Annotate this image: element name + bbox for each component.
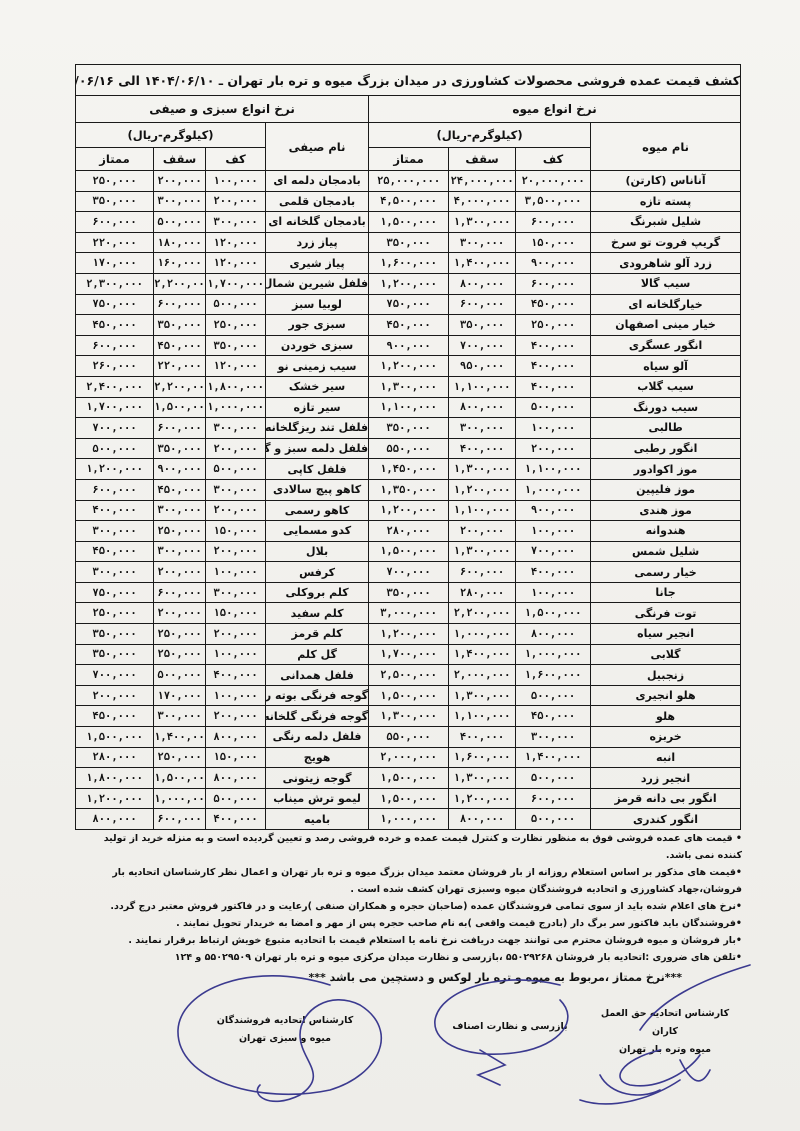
fruit-price-max: ۱,۳۰۰,۰۰۰ (449, 685, 516, 706)
fruit-price-premium: ۲۵,۰۰۰,۰۰۰ (369, 171, 449, 192)
veg-price-premium: ۴۵۰,۰۰۰ (76, 541, 154, 562)
table-row: زرد آلو شاهرودی۹۰۰,۰۰۰۱,۴۰۰,۰۰۰۱,۶۰۰,۰۰۰… (76, 253, 741, 274)
fruit-price-min: ۳۰۰,۰۰۰ (516, 727, 591, 748)
fruit-price-premium: ۷۵۰,۰۰۰ (369, 294, 449, 315)
veg-price-premium: ۱,۷۰۰,۰۰۰ (76, 397, 154, 418)
veg-price-max: ۴۵۰,۰۰۰ (154, 479, 206, 500)
fruit-price-max: ۸۰۰,۰۰۰ (449, 809, 516, 830)
veg-price-min: ۲۰۰,۰۰۰ (206, 191, 266, 212)
fruit-price-max: ۱,۴۰۰,۰۰۰ (449, 253, 516, 274)
veg-price-premium: ۱,۸۰۰,۰۰۰ (76, 768, 154, 789)
veg-name: گوجه زیتونی (266, 768, 369, 789)
veg-price-max: ۳۵۰,۰۰۰ (154, 315, 206, 336)
fruit-price-max: ۱,۳۰۰,۰۰۰ (449, 541, 516, 562)
veg-price-max: ۲,۲۰۰,۰۰۰ (154, 376, 206, 397)
veg-price-max: ۲۵۰,۰۰۰ (154, 747, 206, 768)
veg-price-min: ۲۰۰,۰۰۰ (206, 438, 266, 459)
veg-name: کاهو رسمی (266, 500, 369, 521)
table-row: گریپ فروت تو سرخ۱۵۰,۰۰۰۳۰۰,۰۰۰۳۵۰,۰۰۰پیا… (76, 232, 741, 253)
fruit-price-min: ۴۰۰,۰۰۰ (516, 562, 591, 583)
veg-price-min: ۲۰۰,۰۰۰ (206, 706, 266, 727)
veg-name: فلفل دلمه رنگی (266, 727, 369, 748)
fruit-price-max: ۲۸۰,۰۰۰ (449, 582, 516, 603)
table-row: انبه۱,۴۰۰,۰۰۰۱,۶۰۰,۰۰۰۲,۰۰۰,۰۰۰هویج۱۵۰,۰… (76, 747, 741, 768)
table-row: هلو انجیری۵۰۰,۰۰۰۱,۳۰۰,۰۰۰۱,۵۰۰,۰۰۰گوجه … (76, 685, 741, 706)
fruit-price-max: ۱,۶۰۰,۰۰۰ (449, 747, 516, 768)
fruit-price-premium: ۱,۱۰۰,۰۰۰ (369, 397, 449, 418)
fruit-price-max: ۳۵۰,۰۰۰ (449, 315, 516, 336)
fruit-price-min: ۶۰۰,۰۰۰ (516, 212, 591, 233)
fruit-name: خیارگلخانه ای (591, 294, 741, 315)
veg-price-max: ۲۰۰,۰۰۰ (154, 603, 206, 624)
table-row: انگور عسگری۴۰۰,۰۰۰۷۰۰,۰۰۰۹۰۰,۰۰۰سبزی خور… (76, 335, 741, 356)
veg-price-max: ۱,۴۰۰,۰۰۰ (154, 727, 206, 748)
table-row: انگور رطبی۲۰۰,۰۰۰۴۰۰,۰۰۰۵۵۰,۰۰۰فلفل دلمه… (76, 438, 741, 459)
veg-price-min: ۱۰۰,۰۰۰ (206, 685, 266, 706)
signature-block-sellers-union: کارشناس اتحادیه فروشندگان میوه و سبزی ته… (205, 1012, 365, 1048)
fruit-price-min: ۱,۱۰۰,۰۰۰ (516, 459, 591, 480)
table-row: طالبی۱۰۰,۰۰۰۳۰۰,۰۰۰۳۵۰,۰۰۰فلفل تند ریزگل… (76, 418, 741, 439)
note-3: •نرخ های اعلام شده باید از سوی تمامی فرو… (82, 898, 742, 915)
fruit-name: زرد آلو شاهرودی (591, 253, 741, 274)
fruit-price-max: ۱,۱۰۰,۰۰۰ (449, 376, 516, 397)
veg-price-max: ۴۵۰,۰۰۰ (154, 335, 206, 356)
veg-name: پیاز زرد (266, 232, 369, 253)
veg-price-min: ۱۵۰,۰۰۰ (206, 521, 266, 542)
fruit-price-premium: ۷۰۰,۰۰۰ (369, 562, 449, 583)
price-rows: آناناس (کارتن)۲۰,۰۰۰,۰۰۰۲۴,۰۰۰,۰۰۰۲۵,۰۰۰… (76, 171, 741, 830)
signature-subtitle: میوه وتره بار تهران (590, 1041, 740, 1059)
fruit-price-premium: ۱,۵۰۰,۰۰۰ (369, 685, 449, 706)
fruit-price-max: ۲,۲۰۰,۰۰۰ (449, 603, 516, 624)
table-row: جانا۱۰۰,۰۰۰۲۸۰,۰۰۰۳۵۰,۰۰۰کلم بروکلی۳۰۰,۰… (76, 582, 741, 603)
veg-price-premium: ۴۰۰,۰۰۰ (76, 500, 154, 521)
fruit-price-min: ۴۰۰,۰۰۰ (516, 356, 591, 377)
veg-price-min: ۲۰۰,۰۰۰ (206, 624, 266, 645)
veg-price-min: ۱۰۰,۰۰۰ (206, 171, 266, 192)
table-row: خربزه۳۰۰,۰۰۰۴۰۰,۰۰۰۵۵۰,۰۰۰فلفل دلمه رنگی… (76, 727, 741, 748)
fruit-name: انجیر سیاه (591, 624, 741, 645)
fruit-price-premium: ۱,۲۰۰,۰۰۰ (369, 356, 449, 377)
veg-name: گوجه فرنگی گلخانه (266, 706, 369, 727)
veg-price-max: ۱۸۰,۰۰۰ (154, 232, 206, 253)
veg-unit-label: (کیلوگرم-ریال) (76, 123, 266, 148)
footnotes: • قیمت های عمده فروشی فوق به منظور نظارت… (82, 830, 742, 986)
signature-title: کارشناس اتحادیه فروشندگان (205, 1012, 365, 1030)
veg-price-min: ۱۲۰,۰۰۰ (206, 356, 266, 377)
fruit-price-premium: ۱,۵۰۰,۰۰۰ (369, 768, 449, 789)
veg-price-premium: ۳۵۰,۰۰۰ (76, 644, 154, 665)
fruit-name: جانا (591, 582, 741, 603)
veg-name: لوبیا سبز (266, 294, 369, 315)
fruit-price-max: ۱,۱۰۰,۰۰۰ (449, 706, 516, 727)
fruit-price-premium: ۳۵۰,۰۰۰ (369, 418, 449, 439)
veg-price-max: ۲۲۰,۰۰۰ (154, 356, 206, 377)
veg-price-min: ۸۰۰,۰۰۰ (206, 768, 266, 789)
fruit-section-heading: نرخ انواع میوه (369, 96, 741, 123)
veg-name: لیمو ترش میناب (266, 788, 369, 809)
veg-price-min: ۱,۰۰۰,۰۰۰ (206, 397, 266, 418)
veg-price-max: ۵۰۰,۰۰۰ (154, 665, 206, 686)
table-row: پسته تازه۳,۵۰۰,۰۰۰۴,۰۰۰,۰۰۰۴,۵۰۰,۰۰۰بادم… (76, 191, 741, 212)
table-row: خیار رسمی۴۰۰,۰۰۰۶۰۰,۰۰۰۷۰۰,۰۰۰کرفس۱۰۰,۰۰… (76, 562, 741, 583)
veg-price-premium: ۷۵۰,۰۰۰ (76, 294, 154, 315)
table-row: توت فرنگی۱,۵۰۰,۰۰۰۲,۲۰۰,۰۰۰۳,۰۰۰,۰۰۰کلم … (76, 603, 741, 624)
fruit-name: شلیل شبرنگ (591, 212, 741, 233)
veg-price-min: ۸۰۰,۰۰۰ (206, 727, 266, 748)
veg-price-min: ۱۰۰,۰۰۰ (206, 644, 266, 665)
fruit-price-min: ۱,۰۰۰,۰۰۰ (516, 479, 591, 500)
fruit-price-premium: ۱,۴۵۰,۰۰۰ (369, 459, 449, 480)
veg-price-premium: ۳۰۰,۰۰۰ (76, 521, 154, 542)
fruit-price-premium: ۳۵۰,۰۰۰ (369, 582, 449, 603)
fruit-price-premium: ۱,۳۵۰,۰۰۰ (369, 479, 449, 500)
veg-price-premium: ۲۵۰,۰۰۰ (76, 171, 154, 192)
fruit-price-max: ۲,۰۰۰,۰۰۰ (449, 665, 516, 686)
note-2: •قیمت های مذکور بر اساس استعلام روزانه ا… (82, 864, 742, 898)
veg-name: فلفل کاپی (266, 459, 369, 480)
fruit-price-min: ۵۰۰,۰۰۰ (516, 685, 591, 706)
veg-price-min: ۳۰۰,۰۰۰ (206, 479, 266, 500)
veg-price-min: ۵۰۰,۰۰۰ (206, 788, 266, 809)
veg-price-min: ۱۵۰,۰۰۰ (206, 747, 266, 768)
fruit-price-premium: ۳,۰۰۰,۰۰۰ (369, 603, 449, 624)
veg-price-min: ۳۰۰,۰۰۰ (206, 582, 266, 603)
fruit-price-premium: ۱,۰۰۰,۰۰۰ (369, 809, 449, 830)
veg-price-premium: ۴۵۰,۰۰۰ (76, 315, 154, 336)
veg-price-min: ۴۰۰,۰۰۰ (206, 665, 266, 686)
veg-price-max: ۹۰۰,۰۰۰ (154, 459, 206, 480)
fruit-price-min: ۵۰۰,۰۰۰ (516, 809, 591, 830)
table-row: آناناس (کارتن)۲۰,۰۰۰,۰۰۰۲۴,۰۰۰,۰۰۰۲۵,۰۰۰… (76, 171, 741, 192)
fruit-name: آناناس (کارتن) (591, 171, 741, 192)
veg-name: سیر خشک (266, 376, 369, 397)
fruit-price-min: ۲۰۰,۰۰۰ (516, 438, 591, 459)
signature-title: کارشناس اتحادیه حق العمل کاران (590, 1005, 740, 1041)
fruit-price-min: ۲۵۰,۰۰۰ (516, 315, 591, 336)
fruit-price-max: ۱,۳۰۰,۰۰۰ (449, 212, 516, 233)
table-row: موز هندی۹۰۰,۰۰۰۱,۱۰۰,۰۰۰۱,۲۰۰,۰۰۰کاهو رس… (76, 500, 741, 521)
fruit-price-premium: ۱,۶۰۰,۰۰۰ (369, 253, 449, 274)
veg-price-min: ۳۰۰,۰۰۰ (206, 212, 266, 233)
veg-price-max: ۲۵۰,۰۰۰ (154, 644, 206, 665)
fruit-name: گلابی (591, 644, 741, 665)
note-1: • قیمت های عمده فروشی فوق به منظور نظارت… (82, 830, 742, 864)
fruit-price-min: ۱۰۰,۰۰۰ (516, 418, 591, 439)
fruit-price-premium: ۹۰۰,۰۰۰ (369, 335, 449, 356)
fruit-price-max: ۱,۴۰۰,۰۰۰ (449, 644, 516, 665)
fruit-price-min: ۸۰۰,۰۰۰ (516, 624, 591, 645)
fruit-price-premium: ۱,۲۰۰,۰۰۰ (369, 500, 449, 521)
fruit-price-premium: ۲۸۰,۰۰۰ (369, 521, 449, 542)
table-row: انگور کندری۵۰۰,۰۰۰۸۰۰,۰۰۰۱,۰۰۰,۰۰۰بامیه۴… (76, 809, 741, 830)
veg-name: فلفل دلمه سبز و گلخانه (266, 438, 369, 459)
fruit-price-premium: ۳۵۰,۰۰۰ (369, 232, 449, 253)
fruit-price-premium: ۱,۲۰۰,۰۰۰ (369, 624, 449, 645)
veg-price-premium: ۶۰۰,۰۰۰ (76, 212, 154, 233)
fruit-price-max: ۸۰۰,۰۰۰ (449, 397, 516, 418)
fruit-price-min: ۲۰,۰۰۰,۰۰۰ (516, 171, 591, 192)
fruit-price-premium: ۱,۲۰۰,۰۰۰ (369, 273, 449, 294)
signature-title: بازرسی و نظارت اصناف (440, 1018, 580, 1036)
veg-price-max: ۳۵۰,۰۰۰ (154, 438, 206, 459)
fruit-price-min: ۷۰۰,۰۰۰ (516, 541, 591, 562)
fruit-price-premium: ۱,۵۰۰,۰۰۰ (369, 541, 449, 562)
fruit-price-min: ۴۰۰,۰۰۰ (516, 376, 591, 397)
veg-name: گل کلم (266, 644, 369, 665)
fruit-name: زنجبیل (591, 665, 741, 686)
veg-price-premium: ۵۰۰,۰۰۰ (76, 438, 154, 459)
fruit-col-max: سقف (449, 148, 516, 171)
veg-price-min: ۴۰۰,۰۰۰ (206, 809, 266, 830)
veg-price-max: ۶۰۰,۰۰۰ (154, 809, 206, 830)
veg-price-premium: ۲۶۰,۰۰۰ (76, 356, 154, 377)
fruit-name: انگور رطبی (591, 438, 741, 459)
veg-price-premium: ۸۰۰,۰۰۰ (76, 809, 154, 830)
veg-price-premium: ۱۷۰,۰۰۰ (76, 253, 154, 274)
veg-price-max: ۲۵۰,۰۰۰ (154, 521, 206, 542)
veg-col-max: سقف (154, 148, 206, 171)
veg-price-min: ۲۰۰,۰۰۰ (206, 500, 266, 521)
veg-name: هویج (266, 747, 369, 768)
note-5: •بار فروشان و میوه فروشان محترم می توانن… (82, 932, 742, 949)
premium-rate-note: ***نرخ ممتاز ،مربوط به میوه و تره بار لو… (82, 969, 742, 986)
veg-price-max: ۲۰۰,۰۰۰ (154, 562, 206, 583)
fruit-price-max: ۸۰۰,۰۰۰ (449, 273, 516, 294)
veg-price-premium: ۱,۲۰۰,۰۰۰ (76, 788, 154, 809)
veg-price-premium: ۶۰۰,۰۰۰ (76, 479, 154, 500)
fruit-price-premium: ۱,۷۰۰,۰۰۰ (369, 644, 449, 665)
fruit-name: انبه (591, 747, 741, 768)
fruit-unit-label: (کیلوگرم-ریال) (369, 123, 591, 148)
fruit-name: هلو انجیری (591, 685, 741, 706)
veg-name: بادمجان دلمه ای (266, 171, 369, 192)
veg-price-premium: ۲۲۰,۰۰۰ (76, 232, 154, 253)
veg-price-min: ۱,۸۰۰,۰۰۰ (206, 376, 266, 397)
veg-name: فلفل همدانی (266, 665, 369, 686)
fruit-name: انگور کندری (591, 809, 741, 830)
fruit-name: گریپ فروت تو سرخ (591, 232, 741, 253)
fruit-name: شلیل شمس (591, 541, 741, 562)
veg-price-min: ۵۰۰,۰۰۰ (206, 294, 266, 315)
fruit-name: موز اکوادور (591, 459, 741, 480)
signature-subtitle: میوه و سبزی تهران (205, 1030, 365, 1048)
fruit-name: هلو (591, 706, 741, 727)
table-row: زنجبیل۱,۶۰۰,۰۰۰۲,۰۰۰,۰۰۰۲,۵۰۰,۰۰۰فلفل هم… (76, 665, 741, 686)
fruit-price-max: ۱,۱۰۰,۰۰۰ (449, 500, 516, 521)
fruit-name: سیب دورنگ (591, 397, 741, 418)
veg-name: بادمجان گلخانه ای (266, 212, 369, 233)
fruit-col-min: کف (516, 148, 591, 171)
veg-price-max: ۶۰۰,۰۰۰ (154, 418, 206, 439)
fruit-name: سیب گلاب (591, 376, 741, 397)
veg-name: بامیه (266, 809, 369, 830)
table-row: انگور بی دانه قرمز۶۰۰,۰۰۰۱,۲۰۰,۰۰۰۱,۵۰۰,… (76, 788, 741, 809)
fruit-price-min: ۹۰۰,۰۰۰ (516, 253, 591, 274)
veg-price-max: ۲۵۰,۰۰۰ (154, 624, 206, 645)
veg-price-max: ۶۰۰,۰۰۰ (154, 582, 206, 603)
table-row: موز اکوادور۱,۱۰۰,۰۰۰۱,۳۰۰,۰۰۰۱,۴۵۰,۰۰۰فل… (76, 459, 741, 480)
veg-price-max: ۲۰۰,۰۰۰ (154, 171, 206, 192)
fruit-name: توت فرنگی (591, 603, 741, 624)
fruit-price-max: ۷۰۰,۰۰۰ (449, 335, 516, 356)
veg-name: کرفس (266, 562, 369, 583)
veg-name: فلفل تند ریزگلخانه (266, 418, 369, 439)
document-title: کشف قیمت عمده فروشی محصولات کشاورزی در م… (76, 65, 741, 96)
veg-name: کدو مسمایی (266, 521, 369, 542)
fruit-col-premium: ممتاز (369, 148, 449, 171)
table-row: سیب گالا۶۰۰,۰۰۰۸۰۰,۰۰۰۱,۲۰۰,۰۰۰فلفل شیری… (76, 273, 741, 294)
fruit-price-min: ۵۰۰,۰۰۰ (516, 768, 591, 789)
veg-name: سبزی خوردن (266, 335, 369, 356)
veg-price-max: ۳۰۰,۰۰۰ (154, 500, 206, 521)
price-table: کشف قیمت عمده فروشی محصولات کشاورزی در م… (75, 64, 741, 830)
veg-name: سیر تازه (266, 397, 369, 418)
fruit-price-max: ۴۰۰,۰۰۰ (449, 727, 516, 748)
table-row: شلیل شمس۷۰۰,۰۰۰۱,۳۰۰,۰۰۰۱,۵۰۰,۰۰۰بلال۲۰۰… (76, 541, 741, 562)
veg-section-heading: نرخ انواع سبزی و صیفی (76, 96, 369, 123)
veg-col-min: کف (206, 148, 266, 171)
veg-price-max: ۳۰۰,۰۰۰ (154, 706, 206, 727)
fruit-price-premium: ۴۵۰,۰۰۰ (369, 315, 449, 336)
fruit-name: خیار رسمی (591, 562, 741, 583)
veg-price-premium: ۲۸۰,۰۰۰ (76, 747, 154, 768)
fruit-price-premium: ۲,۰۰۰,۰۰۰ (369, 747, 449, 768)
veg-price-premium: ۲,۴۰۰,۰۰۰ (76, 376, 154, 397)
fruit-price-max: ۲۰۰,۰۰۰ (449, 521, 516, 542)
fruit-price-min: ۴۵۰,۰۰۰ (516, 294, 591, 315)
veg-price-premium: ۷۰۰,۰۰۰ (76, 418, 154, 439)
fruit-price-min: ۹۰۰,۰۰۰ (516, 500, 591, 521)
fruit-price-min: ۱,۵۰۰,۰۰۰ (516, 603, 591, 624)
veg-price-premium: ۳۵۰,۰۰۰ (76, 191, 154, 212)
veg-name: سیب زمینی نو (266, 356, 369, 377)
veg-name: کلم قرمز (266, 624, 369, 645)
fruit-price-min: ۱۵۰,۰۰۰ (516, 232, 591, 253)
veg-price-premium: ۲۵۰,۰۰۰ (76, 603, 154, 624)
table-row: سیب دورنگ۵۰۰,۰۰۰۸۰۰,۰۰۰۱,۱۰۰,۰۰۰سیر تازه… (76, 397, 741, 418)
veg-price-max: ۲,۲۰۰,۰۰۰ (154, 273, 206, 294)
fruit-price-min: ۴۵۰,۰۰۰ (516, 706, 591, 727)
fruit-price-premium: ۱,۳۰۰,۰۰۰ (369, 376, 449, 397)
veg-name: کلم بروکلی (266, 582, 369, 603)
fruit-name: انجیر زرد (591, 768, 741, 789)
table-row: خیار مینی اصفهان۲۵۰,۰۰۰۳۵۰,۰۰۰۴۵۰,۰۰۰سبز… (76, 315, 741, 336)
veg-price-premium: ۷۵۰,۰۰۰ (76, 582, 154, 603)
veg-name: کلم سفید (266, 603, 369, 624)
fruit-price-min: ۱,۶۰۰,۰۰۰ (516, 665, 591, 686)
veg-price-min: ۱,۷۰۰,۰۰۰ (206, 273, 266, 294)
veg-price-max: ۶۰۰,۰۰۰ (154, 294, 206, 315)
veg-price-premium: ۱,۵۰۰,۰۰۰ (76, 727, 154, 748)
veg-price-premium: ۷۰۰,۰۰۰ (76, 665, 154, 686)
fruit-price-max: ۳۰۰,۰۰۰ (449, 232, 516, 253)
veg-price-premium: ۲,۳۰۰,۰۰۰ (76, 273, 154, 294)
veg-price-min: ۱۲۰,۰۰۰ (206, 253, 266, 274)
veg-price-min: ۳۰۰,۰۰۰ (206, 418, 266, 439)
veg-price-max: ۱,۵۰۰,۰۰۰ (154, 397, 206, 418)
fruit-price-min: ۱,۰۰۰,۰۰۰ (516, 644, 591, 665)
veg-price-premium: ۱,۲۰۰,۰۰۰ (76, 459, 154, 480)
fruit-price-min: ۶۰۰,۰۰۰ (516, 788, 591, 809)
fruit-price-max: ۲۴,۰۰۰,۰۰۰ (449, 171, 516, 192)
veg-price-max: ۱,۰۰۰,۰۰۰ (154, 788, 206, 809)
fruit-name: آلو سیاه (591, 356, 741, 377)
fruit-price-premium: ۱,۳۰۰,۰۰۰ (369, 706, 449, 727)
note-4: •فروشندگان باید فاکتور سر برگ دار (بادرج… (82, 915, 742, 932)
veg-price-max: ۳۰۰,۰۰۰ (154, 191, 206, 212)
veg-price-min: ۵۰۰,۰۰۰ (206, 459, 266, 480)
veg-price-min: ۱۵۰,۰۰۰ (206, 603, 266, 624)
table-row: آلو سیاه۴۰۰,۰۰۰۹۵۰,۰۰۰۱,۲۰۰,۰۰۰سیب زمینی… (76, 356, 741, 377)
fruit-price-min: ۵۰۰,۰۰۰ (516, 397, 591, 418)
fruit-price-max: ۳۰۰,۰۰۰ (449, 418, 516, 439)
fruit-price-min: ۱۰۰,۰۰۰ (516, 521, 591, 542)
fruit-name: انگور بی دانه قرمز (591, 788, 741, 809)
fruit-name: پسته تازه (591, 191, 741, 212)
fruit-price-min: ۳,۵۰۰,۰۰۰ (516, 191, 591, 212)
veg-name: گوجه فرنگی بوته رس (266, 685, 369, 706)
veg-price-min: ۱۲۰,۰۰۰ (206, 232, 266, 253)
fruit-price-max: ۴۰۰,۰۰۰ (449, 438, 516, 459)
fruit-price-max: ۹۵۰,۰۰۰ (449, 356, 516, 377)
table-row: هلو۴۵۰,۰۰۰۱,۱۰۰,۰۰۰۱,۳۰۰,۰۰۰گوجه فرنگی گ… (76, 706, 741, 727)
fruit-price-premium: ۱,۵۰۰,۰۰۰ (369, 212, 449, 233)
veg-price-max: ۱,۵۰۰,۰۰۰ (154, 768, 206, 789)
veg-price-max: ۱۶۰,۰۰۰ (154, 253, 206, 274)
veg-price-premium: ۳۵۰,۰۰۰ (76, 624, 154, 645)
veg-col-premium: ممتاز (76, 148, 154, 171)
fruit-name: سیب گالا (591, 273, 741, 294)
fruit-price-max: ۱,۲۰۰,۰۰۰ (449, 479, 516, 500)
fruit-price-premium: ۵۵۰,۰۰۰ (369, 438, 449, 459)
fruit-name: طالبی (591, 418, 741, 439)
veg-name: فلفل شیرین شمال (266, 273, 369, 294)
table-row: گلابی۱,۰۰۰,۰۰۰۱,۴۰۰,۰۰۰۱,۷۰۰,۰۰۰گل کلم۱۰… (76, 644, 741, 665)
veg-price-max: ۳۰۰,۰۰۰ (154, 541, 206, 562)
veg-price-max: ۱۷۰,۰۰۰ (154, 685, 206, 706)
fruit-name: خیار مینی اصفهان (591, 315, 741, 336)
veg-name: بلال (266, 541, 369, 562)
table-row: شلیل شبرنگ۶۰۰,۰۰۰۱,۳۰۰,۰۰۰۱,۵۰۰,۰۰۰بادمج… (76, 212, 741, 233)
table-row: خیارگلخانه ای۴۵۰,۰۰۰۶۰۰,۰۰۰۷۵۰,۰۰۰لوبیا … (76, 294, 741, 315)
fruit-name-header: نام میوه (591, 123, 741, 171)
veg-name: سبزی جور (266, 315, 369, 336)
veg-price-max: ۵۰۰,۰۰۰ (154, 212, 206, 233)
fruit-price-max: ۴,۰۰۰,۰۰۰ (449, 191, 516, 212)
veg-name: بادمجان قلمی (266, 191, 369, 212)
fruit-price-premium: ۲,۵۰۰,۰۰۰ (369, 665, 449, 686)
fruit-name: موز هندی (591, 500, 741, 521)
fruit-price-min: ۱,۴۰۰,۰۰۰ (516, 747, 591, 768)
veg-price-premium: ۴۵۰,۰۰۰ (76, 706, 154, 727)
signature-block-commission-agents: کارشناس اتحادیه حق العمل کاران میوه وتره… (590, 1005, 740, 1059)
veg-name: کاهو پیچ سالادی (266, 479, 369, 500)
fruit-price-min: ۱۰۰,۰۰۰ (516, 582, 591, 603)
fruit-price-max: ۱,۲۰۰,۰۰۰ (449, 788, 516, 809)
fruit-name: موز فلیپین (591, 479, 741, 500)
fruit-price-max: ۱,۰۰۰,۰۰۰ (449, 624, 516, 645)
veg-price-min: ۲۵۰,۰۰۰ (206, 315, 266, 336)
fruit-name: هندوانه (591, 521, 741, 542)
signature-block-inspection: بازرسی و نظارت اصناف (440, 1018, 580, 1036)
table-row: انجیر زرد۵۰۰,۰۰۰۱,۳۰۰,۰۰۰۱,۵۰۰,۰۰۰گوجه ز… (76, 768, 741, 789)
fruit-price-max: ۱,۳۰۰,۰۰۰ (449, 768, 516, 789)
fruit-name: خربزه (591, 727, 741, 748)
veg-price-premium: ۲۰۰,۰۰۰ (76, 685, 154, 706)
fruit-price-premium: ۴,۵۰۰,۰۰۰ (369, 191, 449, 212)
fruit-price-premium: ۱,۵۰۰,۰۰۰ (369, 788, 449, 809)
